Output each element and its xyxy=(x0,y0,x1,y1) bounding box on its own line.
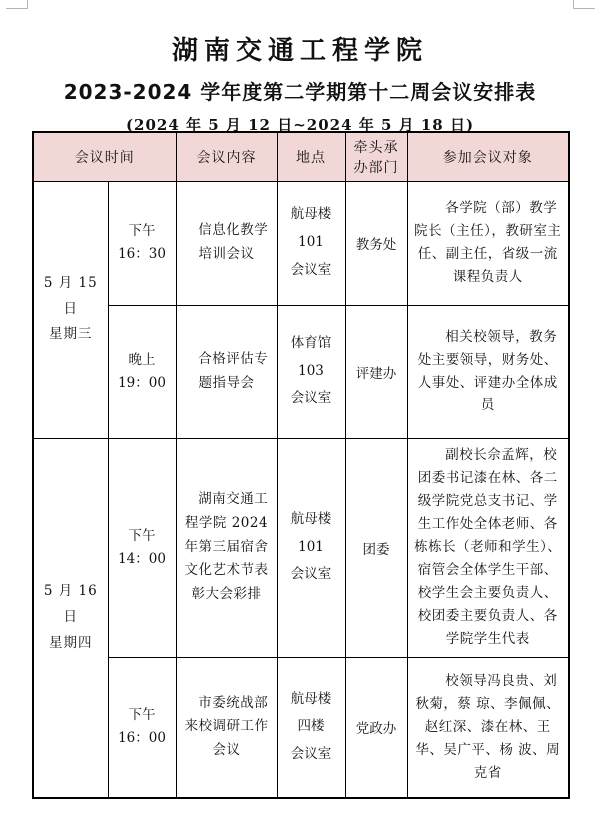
header-meeting-content: 会议内容 xyxy=(176,132,277,181)
header-meeting-time: 会议时间 xyxy=(33,132,176,181)
time-clock: 14：00 xyxy=(113,548,172,571)
location-cell: 航母楼101会议室 xyxy=(277,181,345,305)
table-row: 晚上19：00 合格评估专题指导会 体育馆103会议室 评建办 相关校领导，教务… xyxy=(33,305,569,438)
location-building: 航母楼 xyxy=(282,506,341,534)
time-cell: 下午14：00 xyxy=(108,438,176,657)
location-cell: 航母楼四楼会议室 xyxy=(277,657,345,798)
title-block: 湖南交通工程学院 2023-2024 学年度第二学期第十二周会议安排表 (202… xyxy=(0,0,600,135)
header-department-line2: 办部门 xyxy=(354,160,399,176)
time-cell: 晚上19：00 xyxy=(108,305,176,438)
document-subtitle: 2023-2024 学年度第二学期第十二周会议安排表 xyxy=(0,76,600,105)
meeting-schedule-table: 会议时间 会议内容 地点 牵头承办部门 参加会议对象 5 月 15 日星期三 下… xyxy=(32,131,570,799)
location-roomtype: 会议室 xyxy=(282,561,341,589)
time-clock: 19：00 xyxy=(113,372,172,395)
table-header-row: 会议时间 会议内容 地点 牵头承办部门 参加会议对象 xyxy=(33,132,569,181)
table-row: 5 月 15 日星期三 下午16：30 信息化教学培训会议 航母楼101会议室 … xyxy=(33,181,569,305)
time-clock: 16：30 xyxy=(113,243,172,266)
content-cell: 信息化教学培训会议 xyxy=(176,181,277,305)
date-text: 5 月 16 日 xyxy=(38,579,104,630)
header-department-line1: 牵头承 xyxy=(354,140,399,156)
weekday-text: 星期四 xyxy=(38,631,104,657)
header-attendees: 参加会议对象 xyxy=(407,132,569,181)
location-building: 航母楼 xyxy=(282,201,341,229)
school-title: 湖南交通工程学院 xyxy=(0,30,600,67)
header-department: 牵头承办部门 xyxy=(345,132,407,181)
attendees-cell: 校领导冯良贵、刘秋菊，蔡 琼、李佩佩、赵红深、漆在林、王 华、吴广平、杨 波、周… xyxy=(407,657,569,798)
time-period: 下午 xyxy=(113,525,172,548)
time-period: 下午 xyxy=(113,220,172,243)
location-room: 103 xyxy=(282,358,341,386)
location-building: 航母楼 xyxy=(282,686,341,714)
department-cell: 评建办 xyxy=(345,305,407,438)
content-cell: 市委统战部来校调研工作会议 xyxy=(176,657,277,798)
time-cell: 下午16：00 xyxy=(108,657,176,798)
weekday-text: 星期三 xyxy=(38,322,104,348)
table-row: 5 月 16 日星期四 下午14：00 湖南交通工程学院 2024 年第三届宿舍… xyxy=(33,438,569,657)
date-cell-may16: 5 月 16 日星期四 xyxy=(33,438,108,798)
attendees-cell: 副校长佘孟辉，校团委书记漆在林、各二级学院党总支书记、学生工作处全体老师、各栋栋… xyxy=(407,438,569,657)
attendees-cell: 各学院（部）教学院长（主任），教研室主任、副主任，省级一流课程负责人 xyxy=(407,181,569,305)
location-roomtype: 会议室 xyxy=(282,385,341,413)
time-clock: 16：00 xyxy=(113,727,172,750)
time-cell: 下午16：30 xyxy=(108,181,176,305)
time-period: 晚上 xyxy=(113,349,172,372)
content-cell: 合格评估专题指导会 xyxy=(176,305,277,438)
location-roomtype: 会议室 xyxy=(282,741,341,769)
location-room: 101 xyxy=(282,534,341,562)
time-period: 下午 xyxy=(113,704,172,727)
department-cell: 教务处 xyxy=(345,181,407,305)
attendees-cell: 相关校领导，教务处主要领导，财务处、人事处、评建办全体成员 xyxy=(407,305,569,438)
header-location: 地点 xyxy=(277,132,345,181)
department-cell: 团委 xyxy=(345,438,407,657)
location-cell: 航母楼101会议室 xyxy=(277,438,345,657)
department-cell: 党政办 xyxy=(345,657,407,798)
table-row: 下午16：00 市委统战部来校调研工作会议 航母楼四楼会议室 党政办 校领导冯良… xyxy=(33,657,569,798)
date-text: 5 月 15 日 xyxy=(38,271,104,322)
date-cell-may15: 5 月 15 日星期三 xyxy=(33,181,108,438)
content-cell: 湖南交通工程学院 2024 年第三届宿舍文化艺术节表彰大会彩排 xyxy=(176,438,277,657)
location-roomtype: 会议室 xyxy=(282,257,341,285)
location-floor: 四楼 xyxy=(282,713,341,741)
location-room: 101 xyxy=(282,229,341,257)
location-building: 体育馆 xyxy=(282,330,341,358)
document-page: 湖南交通工程学院 2023-2024 学年度第二学期第十二周会议安排表 (202… xyxy=(0,0,600,839)
location-cell: 体育馆103会议室 xyxy=(277,305,345,438)
